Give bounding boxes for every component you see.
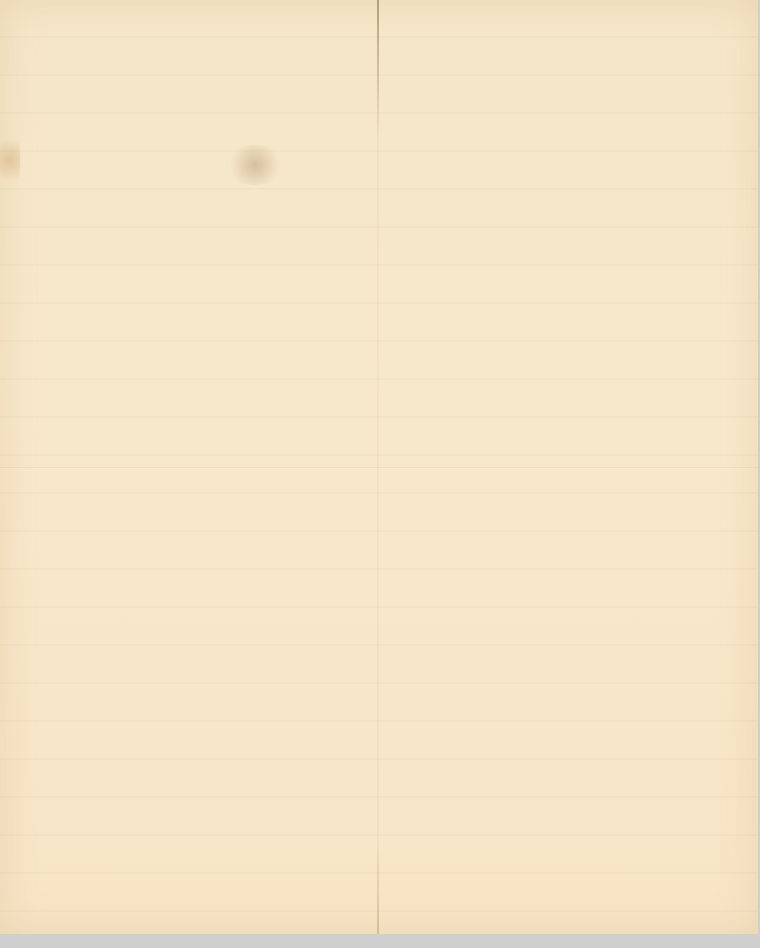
- horizontal-fold-crease: [0, 467, 758, 468]
- edge-stain: [0, 130, 20, 190]
- ink-stain: [225, 145, 285, 185]
- letter-page: [0, 0, 758, 934]
